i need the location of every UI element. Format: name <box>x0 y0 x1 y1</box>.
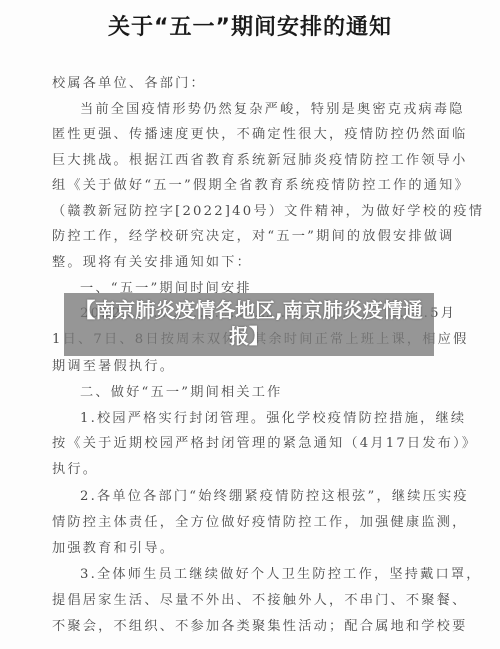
paragraph-line: 匿性更强、传播速度更快，不确定性很大，疫情防控仍然面临 <box>52 123 452 142</box>
paragraph-line: 巨大挑战。根据江西省教育系统新冠肺炎疫情防控工作领导小 <box>52 149 452 168</box>
paragraph-line: 组《关于做好“五一”假期全省教育系统疫情防控工作的通知》 <box>52 174 452 193</box>
list-item-2: 2.各单位各部门“始终绷紧疫情防控这根弦”，继续压实疫 <box>80 485 452 504</box>
section-heading-2: 二、做好“五一”期间相关工作 <box>80 381 452 400</box>
paragraph-line: 防控工作，经学校研究决定，对“五一”期间的放假安排做调 <box>52 225 452 244</box>
paragraph-line: 当前全国疫情形势仍然复杂严峻，特别是奥密克戎病毒隐 <box>80 98 452 117</box>
paragraph-line: 期调至暑假执行。 <box>52 355 452 374</box>
caption-text: 【南京肺炎疫情各地区,南京肺炎疫情通报】 <box>64 297 434 349</box>
paragraph-line: 情防控主体责任，全方位做好疫情防控工作，加强健康监测， <box>52 511 452 530</box>
paragraph-line: 按《关于近期校园严格封闭管理的紧急通知（4月17日发布）》 <box>52 432 452 451</box>
paragraph-line: 不聚会，不组织、不参加各类聚集性活动；配合属地和学校要 <box>52 615 452 634</box>
salutation: 校属各单位、各部门： <box>52 72 452 91</box>
paragraph-line: 加强教育和引导。 <box>52 537 452 556</box>
list-item-1: 1.校园严格实行封闭管理。强化学校疫情防控措施，继续 <box>80 407 452 426</box>
list-item-3: 3.全体师生员工继续做好个人卫生防控工作，坚持戴口罩， <box>80 563 452 582</box>
paragraph-line: 执行。 <box>52 458 452 477</box>
paragraph-line: （赣教新冠防控字[2022]40号）文件精神，为做好学校的疫情 <box>52 200 452 219</box>
paragraph-line: 整。现将有关安排通知如下： <box>52 251 452 270</box>
paragraph-line: 提倡居家生活、尽量不外出、不接触外人，不串门、不聚餐、 <box>52 589 452 608</box>
document-title: 关于“五一”期间安排的通知 <box>0 10 500 41</box>
caption-overlay: 【南京肺炎疫情各地区,南京肺炎疫情通报】 <box>64 293 434 356</box>
